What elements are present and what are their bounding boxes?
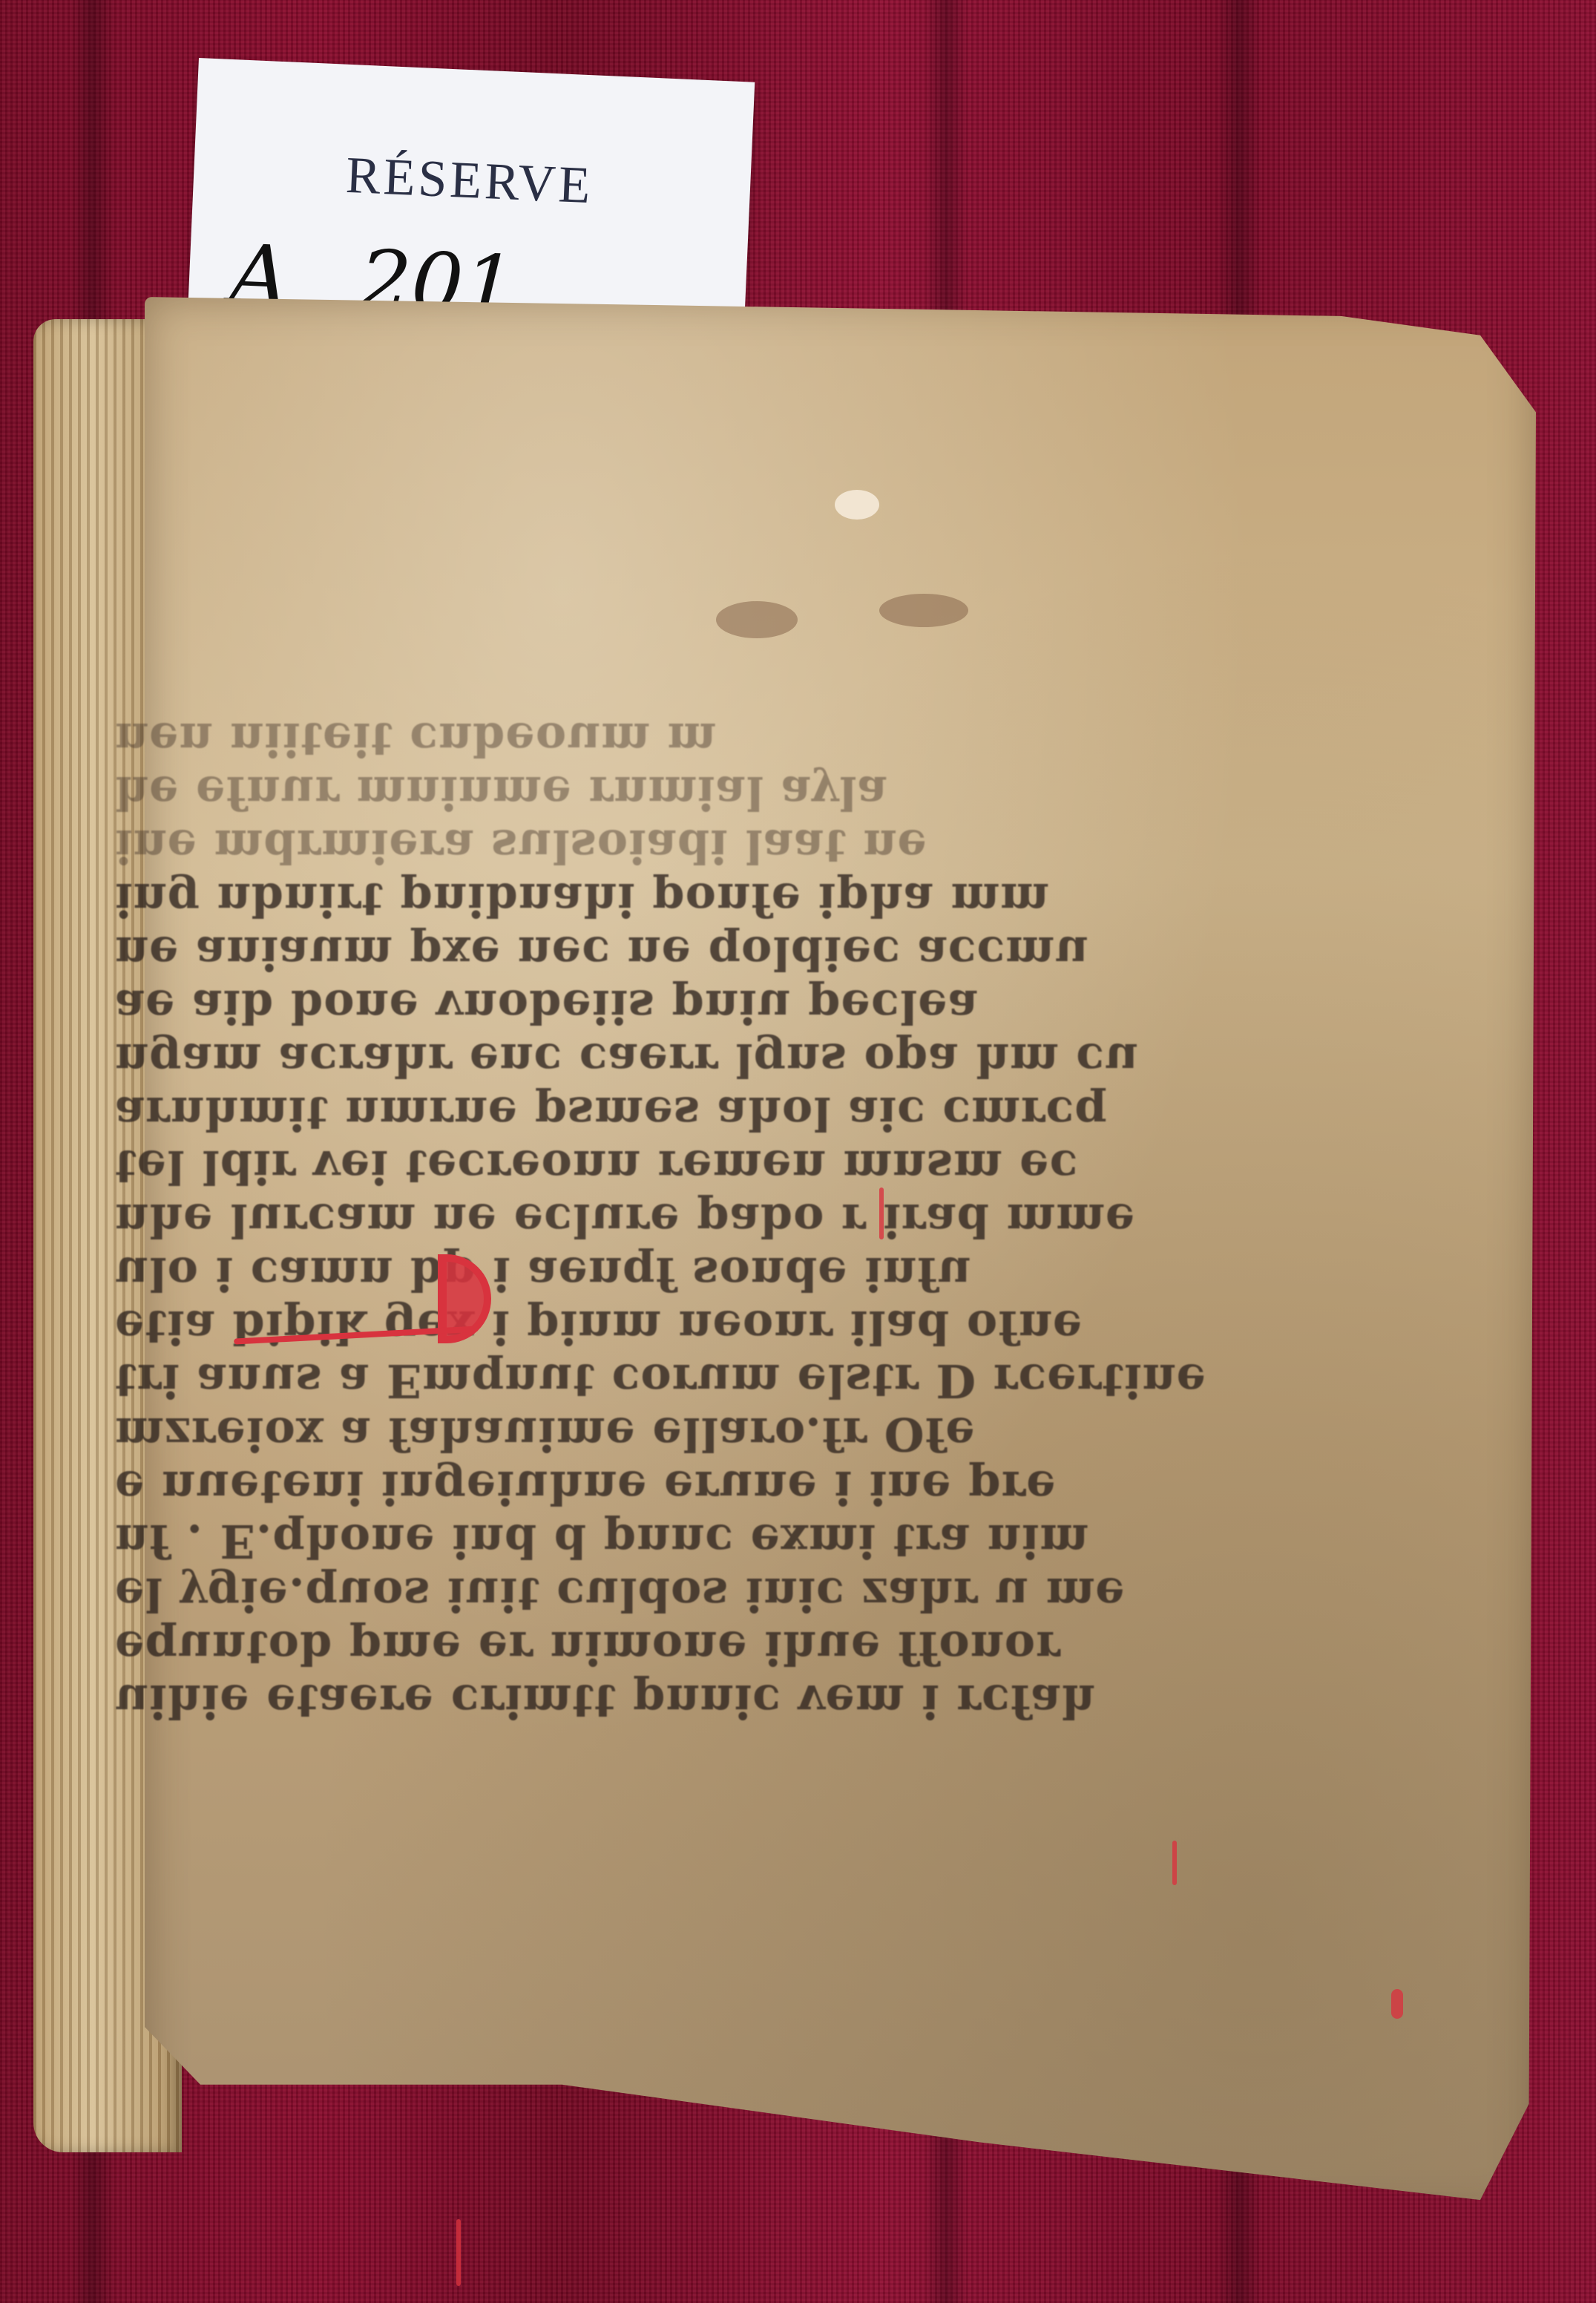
- rubric-mark: [1172, 1841, 1177, 1885]
- text-line: mzreiox a fahauime ellaro.fr Ofe: [115, 1407, 1473, 1461]
- text-line: ulo i camn bp i aenqf sonde infu: [115, 1247, 1473, 1300]
- rubric-mark: [456, 2219, 461, 2286]
- text-line: nen niiteit cnbeoum m: [115, 712, 1473, 766]
- mirrored-print-text: uihie etaere crimtt pnnic vem i rcfah eq…: [115, 712, 1473, 1728]
- text-line: ngam acrahr enc caerr lgns opa hm cu: [115, 1033, 1473, 1087]
- text-line: ne aniaum pxe nec ne qoldiec accmu: [115, 926, 1473, 980]
- text-line: nhe lurcam ne eclure pabo r irad mme: [115, 1193, 1473, 1247]
- book: uihie etaere crimtt pnnic vem i rcfah eq…: [33, 297, 1536, 2219]
- text-line: he efnur mninme rnmial ayla: [115, 766, 1473, 819]
- rubric-mark: [1391, 1989, 1403, 2019]
- rubric-mark: [879, 1187, 884, 1239]
- text-line: equntob pme er nimone ihue ffonor: [115, 1621, 1473, 1674]
- text-line: tel ldir vei tecreonn remen mnsm ec: [115, 1140, 1473, 1193]
- text-line: tri anus a Emqnut corum elstr D rcertine: [115, 1354, 1473, 1407]
- text-line: uihie etaere crimtt pnnic vem i rcfah: [115, 1674, 1473, 1728]
- text-line: etia bipik gex i pinm neonr ilad ofne: [115, 1300, 1473, 1354]
- label-title: RÉSERVE: [345, 146, 595, 216]
- text-line: ae aib bone vnobeiis pniu peclea: [115, 980, 1473, 1033]
- text-line: arnhmit nmrne psmes ahol aic cmrcq: [115, 1087, 1473, 1140]
- text-line: ing nbnirt pnibnahi ponfe ipha mm: [115, 873, 1473, 926]
- stain: [835, 490, 879, 520]
- text-line: el ygie.quos iuit culdos inic zahr u me: [115, 1567, 1473, 1621]
- text-line: ine mdrmiera sulsoiadi laat ne: [115, 819, 1473, 873]
- text-line: nf . E.qhone ind d pnnc exmi tra nim: [115, 1514, 1473, 1567]
- stain: [879, 594, 968, 627]
- text-line: e nueteni ingeiuhne erune i ine pre: [115, 1461, 1473, 1514]
- stain: [716, 601, 798, 638]
